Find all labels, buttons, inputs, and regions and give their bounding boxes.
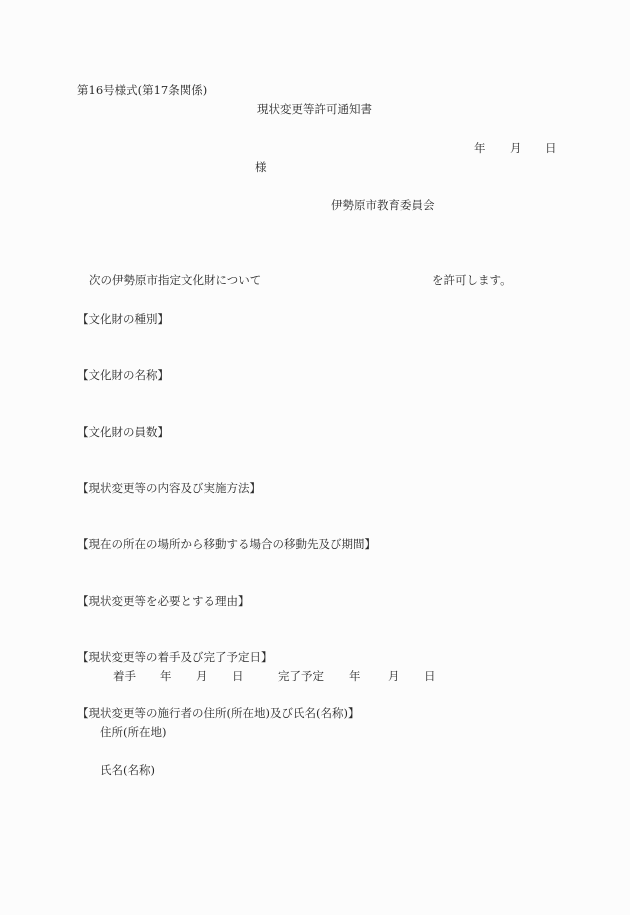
addressee-suffix: 様 (255, 162, 267, 174)
start-day-label: 日 (232, 671, 244, 683)
section-heading-category: 【文化財の種別】 (77, 314, 169, 326)
document-page: 第16号様式(第17条関係) 現状変更等許可通知書 年 月 日 様 伊勢原市教育… (0, 0, 630, 915)
issuer-name: 伊勢原市教育委員会 (331, 200, 435, 212)
section-heading-operator: 【現状変更等の施行者の住所(所在地)及び氏名(名称)】 (77, 708, 359, 720)
date-month-label: 月 (510, 143, 522, 155)
end-day-label: 日 (424, 671, 436, 683)
start-label: 着手 (113, 671, 136, 683)
section-heading-content-method: 【現状変更等の内容及び実施方法】 (77, 483, 261, 495)
operator-address-label: 住所(所在地) (100, 727, 166, 739)
date-day-label: 日 (545, 143, 557, 155)
end-month-label: 月 (388, 671, 400, 683)
section-heading-name: 【文化財の名称】 (77, 370, 169, 382)
operator-name-label: 氏名(名称) (100, 765, 155, 777)
start-month-label: 月 (196, 671, 208, 683)
body-sentence-suffix: を許可します。 (432, 275, 512, 287)
section-heading-quantity: 【文化財の員数】 (77, 427, 169, 439)
end-year-label: 年 (349, 671, 361, 683)
body-sentence-prefix: 次の伊勢原市指定文化財について (89, 275, 261, 287)
section-heading-schedule: 【現状変更等の着手及び完了予定日】 (77, 652, 273, 664)
section-heading-relocation: 【現在の所在の場所から移動する場合の移動先及び期間】 (77, 539, 376, 551)
date-year-label: 年 (474, 143, 486, 155)
section-heading-reason: 【現状変更等を必要とする理由】 (77, 596, 250, 608)
start-year-label: 年 (160, 671, 172, 683)
form-number: 第16号様式(第17条関係) (77, 85, 207, 97)
document-title: 現状変更等許可通知書 (257, 104, 372, 116)
end-label: 完了予定 (278, 671, 324, 683)
